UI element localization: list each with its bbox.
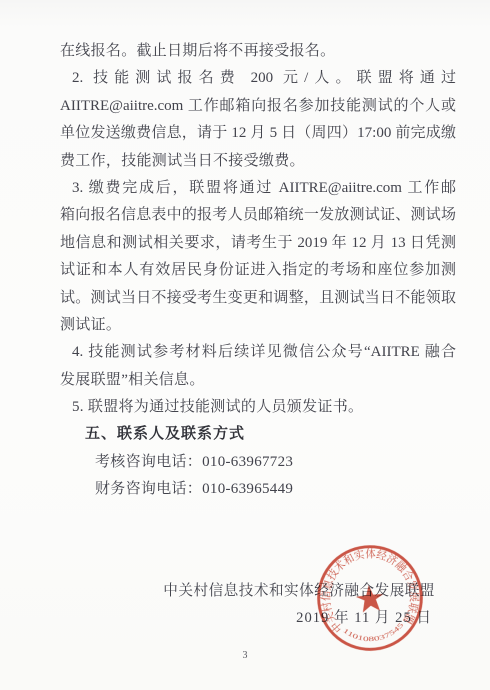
text-line: 考核咨询电话：010-63967723 — [60, 449, 456, 476]
text-line: 箱向报名信息表中的报考人员邮箱统一发放测试证、测试场 — [60, 202, 456, 229]
document-body: 在线报名。截止日期后将不再接受报名。2. 技能测试报名费 200 元/人。联盟将… — [60, 38, 456, 504]
paragraph-2: 2. 技能测试报名费 200 元/人。联盟将通过AIITRE@aiitre.co… — [60, 65, 456, 175]
paragraph-continuation: 在线报名。截止日期后将不再接受报名。 — [60, 38, 456, 65]
contact-finance-phone: 财务咨询电话：010-63965449 — [60, 476, 456, 503]
text-line: 5. 联盟将为通过技能测试的人员颁发证书。 — [60, 394, 456, 421]
text-line: 地信息和测试相关要求，请考生于 2019 年 12 月 13 日凭测 — [60, 230, 456, 257]
signature-org: 中关村信息技术和实体经济融合发展联盟 — [0, 578, 435, 605]
text-line: 在线报名。截止日期后将不再接受报名。 — [60, 38, 456, 65]
text-line: 测试证。 — [60, 312, 456, 339]
paragraph-5: 5. 联盟将为通过技能测试的人员颁发证书。 — [60, 394, 456, 421]
text-line: 费工作，技能测试当日不接受缴费。 — [60, 148, 456, 175]
page-number: 3 — [0, 650, 490, 661]
text-line: 发展联盟”相关信息。 — [60, 367, 456, 394]
text-line: 3. 缴费完成后，联盟将通过 AIITRE@aiitre.com 工作邮 — [60, 175, 456, 202]
text-line: 4. 技能测试参考材料后续详见微信公众号“AIITRE 融合 — [60, 339, 456, 366]
text-line: 试。测试当日不接受考生变更和调整，且测试当日不能领取 — [60, 285, 456, 312]
section-heading: 五、联系人及联系方式 — [60, 421, 456, 448]
signature-block: 中关村信息技术和实体经济融合发展联盟 2019 年 11 月 25 日 — [0, 578, 435, 633]
text-line: 2. 技能测试报名费 200 元/人。联盟将通过 — [60, 65, 456, 92]
contact-exam-phone: 考核咨询电话：010-63967723 — [60, 449, 456, 476]
paragraph-4: 4. 技能测试参考材料后续详见微信公众号“AIITRE 融合发展联盟”相关信息。 — [60, 339, 456, 394]
text-line: 财务咨询电话：010-63965449 — [60, 476, 456, 503]
text-line: 试证和本人有效居民身份证进入指定的考场和座位参加测 — [60, 257, 456, 284]
text-line: 单位发送缴费信息，请于 12 月 5 日（周四）17:00 前完成缴 — [60, 120, 456, 147]
signature-date: 2019 年 11 月 25 日 — [0, 605, 432, 632]
text-line: 五、联系人及联系方式 — [60, 421, 456, 448]
paragraph-3: 3. 缴费完成后，联盟将通过 AIITRE@aiitre.com 工作邮箱向报名… — [60, 175, 456, 339]
text-line: AIITRE@aiitre.com 工作邮箱向报名参加技能测试的个人或 — [60, 93, 456, 120]
document-page: 在线报名。截止日期后将不再接受报名。2. 技能测试报名费 200 元/人。联盟将… — [0, 0, 490, 690]
